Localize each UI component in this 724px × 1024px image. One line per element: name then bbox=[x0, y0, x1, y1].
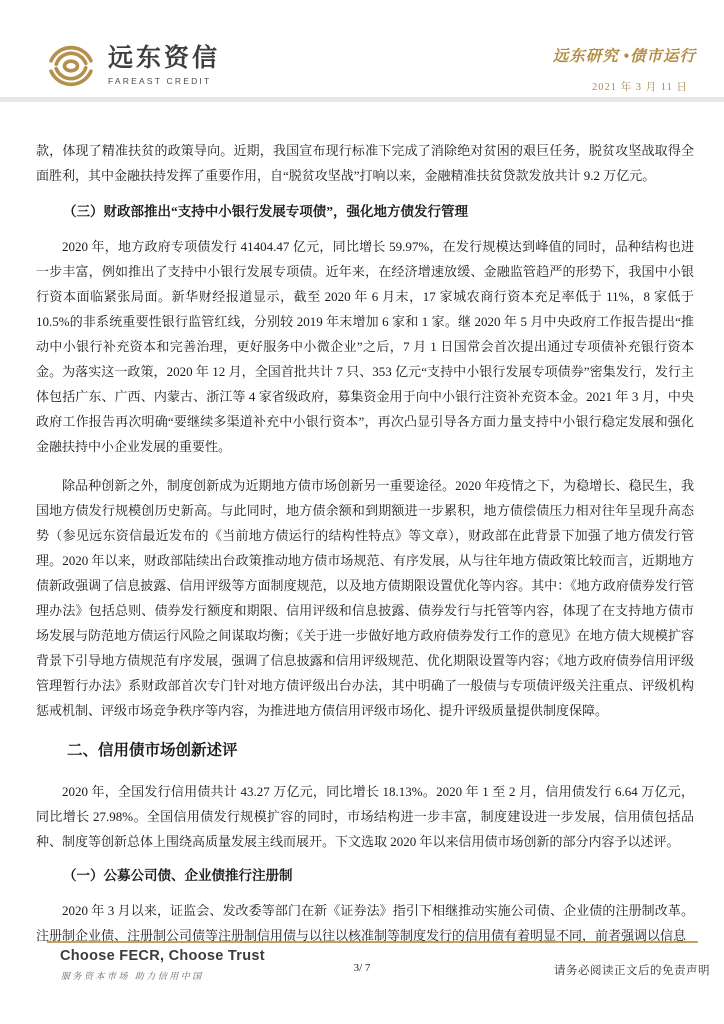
footer-disclaimer: 请务必阅读正文后的免责声明 bbox=[554, 962, 710, 978]
report-body: 款，体现了精准扶贫的政策导向。近期，我国宣布现行标准下完成了消除绝对贫困的艰巨任… bbox=[36, 138, 694, 948]
paragraph-credit-bond: 2020 年，全国发行信用债共计 43.27 万亿元，同比增长 18.13%。2… bbox=[36, 779, 694, 854]
header-right-block: 远东研究 •债市运行 2021 年 3 月 11 日 bbox=[553, 44, 696, 94]
footer-rule bbox=[47, 941, 698, 943]
logo-name-en: FAREAST CREDIT bbox=[108, 76, 220, 86]
report-date: 2021 年 3 月 11 日 bbox=[553, 79, 696, 94]
report-page: 远东资信 FAREAST CREDIT 远东研究 •债市运行 2021 年 3 … bbox=[0, 0, 724, 1024]
logo-name-cn: 远东资信 bbox=[108, 46, 220, 71]
fareast-credit-logo: 远东资信 FAREAST CREDIT bbox=[45, 40, 220, 92]
header-divider bbox=[0, 97, 724, 102]
heading-section-2-credit-bond: 二、信用债市场创新述评 bbox=[36, 740, 694, 762]
paragraph-institution-innovation: 除品种创新之外，制度创新成为近期地方债市场创新另一重要途径。2020 年疫情之下… bbox=[36, 473, 694, 723]
report-series-title: 远东研究 •债市运行 bbox=[553, 44, 696, 66]
paragraph-special-bond: 2020 年，地方政府专项债发行 41404.47 亿元，同比增长 59.97%… bbox=[36, 234, 694, 459]
fareast-credit-swirl-icon bbox=[45, 40, 97, 92]
paragraph-poverty-finance: 款，体现了精准扶贫的政策导向。近期，我国宣布现行标准下完成了消除绝对贫困的艰巨任… bbox=[36, 138, 694, 188]
heading-section-3: （三）财政部推出“支持中小银行发展专项债”，强化地方债发行管理 bbox=[36, 202, 694, 222]
heading-subsection-1: （一）公募公司债、企业债推行注册制 bbox=[36, 866, 694, 886]
logo-text-block: 远东资信 FAREAST CREDIT bbox=[108, 46, 220, 86]
